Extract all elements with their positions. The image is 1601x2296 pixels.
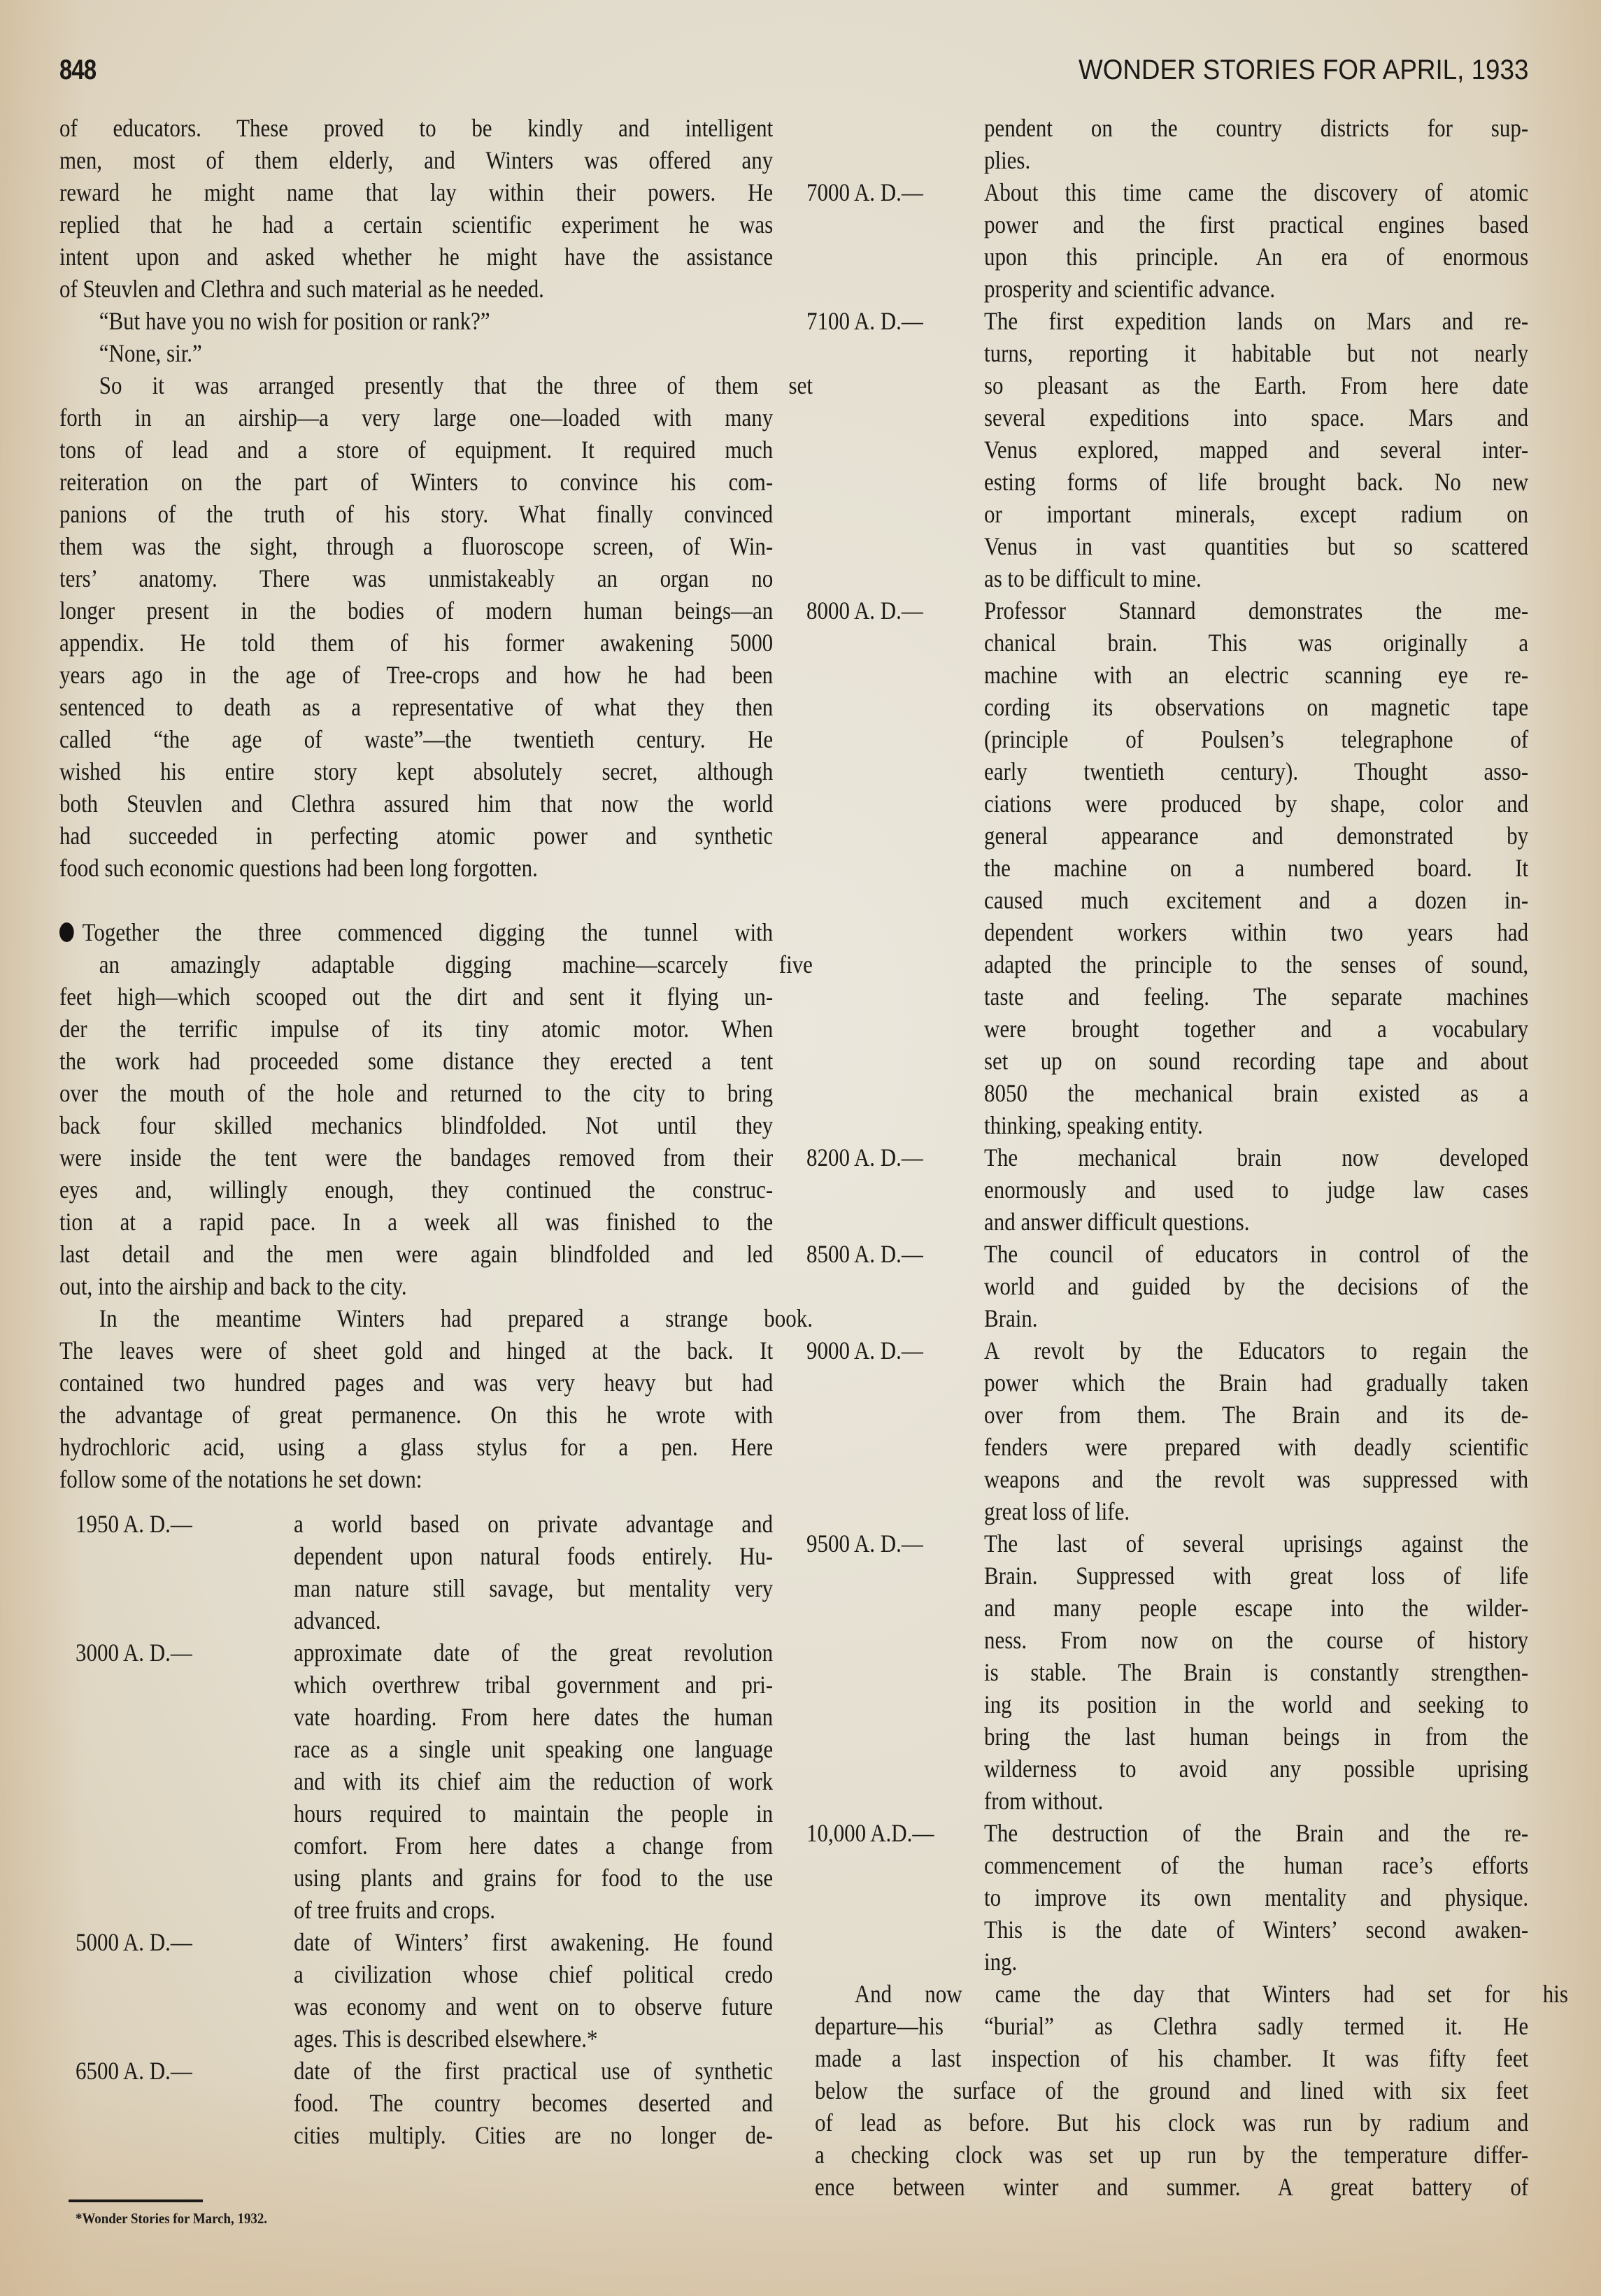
text-line: caused much excitement and a dozen in- [984,884,1528,916]
text-line: esting forms of life brought back. No ne… [984,466,1528,498]
timeline-date: 10,000 A.D.— [806,1817,934,1849]
text-line: In the meantime Winters had prepared a s… [59,1302,813,1334]
text-line: reward he might name that lay within the… [59,176,773,208]
text-line: several expeditions into space. Mars and [984,401,1528,434]
text-line: Venus in vast quantities but so scattere… [984,530,1528,562]
text-line: ages. This is described elsewhere.* [294,2023,773,2055]
text-line: of educators. These proved to be kindly … [59,112,773,144]
timeline-date: 8000 A. D.— [806,594,923,627]
text-line: Venus explored, mapped and several inter… [984,434,1528,466]
paragraph-gold-book: In the meantime Winters had prepared a s… [59,1302,773,1495]
timeline-date: 3000 A. D.— [76,1637,192,1669]
text-line: made a last inspection of his chamber. I… [815,2042,1528,2074]
text-line: ciations were produced by shape, color a… [984,787,1528,820]
text-line: 8050 the mechanical brain existed as a [984,1077,1528,1109]
text-line: dependent workers within two years had [984,916,1528,948]
text-line: world and guided by the decisions of the [984,1270,1528,1302]
text-line: or important minerals, except radium on [984,498,1528,530]
text-line: hours required to maintain the people in [294,1797,773,1830]
text-line: The mechanical brain now developed [984,1141,1528,1174]
text-line: the machine on a numbered board. It [984,852,1528,884]
text-line: taste and feeling. The separate machines [984,981,1528,1013]
timeline-date: 8200 A. D.— [806,1141,923,1174]
text-line: commencement of the human race’s efforts [984,1849,1528,1881]
timeline-entry-7000: 7000 A. D.— About this time came the dis… [815,176,1528,305]
text-line: a checking clock was set up run by the t… [815,2139,1528,2171]
text-line: longer present in the bodies of modern h… [59,594,773,627]
text-line: turns, reporting it habitable but not ne… [984,337,1528,369]
text-line: comfort. From here dates a change from [294,1830,773,1862]
text-line: follow some of the notations he set down… [59,1463,773,1495]
text-line: date of the first practical use of synth… [294,2055,773,2087]
text-line: The council of educators in control of t… [984,1238,1528,1270]
text-line: to improve its own mentality and physiqu… [984,1881,1528,1913]
timeline-entry-9000: 9000 A. D.— A revolt by the Educators to… [815,1334,1528,1527]
text-line: sentenced to death as a representative o… [59,691,773,723]
paragraph-airship: So it was arranged presently that the th… [59,369,773,884]
text-line: About this time came the discovery of at… [984,176,1528,208]
timeline-entry-6500: 6500 A. D.— date of the first practical … [59,2055,773,2151]
text-line: the advantage of great permanence. On th… [59,1399,773,1431]
text-line: was economy and went on to observe futur… [294,1990,773,2023]
paragraph-departure: And now came the day that Winters had se… [815,1978,1528,2203]
text-line: replied that he had a certain scientific… [59,208,773,241]
text-line: date of Winters’ first awakening. He fou… [294,1926,773,1958]
paragraph-educators: of educators. These proved to be kindly … [59,112,773,305]
text-line: panions of the truth of his story. What … [59,498,773,530]
text-line: general appearance and demonstrated by [984,820,1528,852]
text-line: is stable. The Brain is constantly stren… [984,1656,1528,1688]
text-line: reiteration on the part of Winters to co… [59,466,773,498]
timeline-entry-8500: 8500 A. D.— The council of educators in … [815,1238,1528,1334]
timeline-entry-6500-continued: pendent on the country districts for sup… [815,112,1528,176]
text-line: great loss of life. [984,1495,1528,1527]
page-number: 848 [59,55,96,86]
text-line: using plants and grains for food to the … [294,1862,773,1894]
text-line: The destruction of the Brain and the re- [984,1817,1528,1849]
section-bullet-icon [59,922,74,942]
text-line: so pleasant as the Earth. From here date [984,369,1528,401]
text-line: “None, sir.” [59,337,813,369]
text-line: over from them. The Brain and its de- [984,1399,1528,1431]
text-line: men, most of them elderly, and Winters w… [59,144,773,176]
text-line: power which the Brain had gradually take… [984,1367,1528,1399]
text-line: eyes and, willingly enough, they continu… [59,1174,773,1206]
timeline-date: 6500 A. D.— [76,2055,192,2087]
timeline-entry-8200: 8200 A. D.— The mechanical brain now dev… [815,1141,1528,1238]
text-line: ing its position in the world and seekin… [984,1688,1528,1720]
text-line: Brain. Suppressed with great loss of lif… [984,1560,1528,1592]
text-line: adapted the principle to the senses of s… [984,948,1528,981]
text-line: the work had proceeded some distance the… [59,1045,773,1077]
text-line: (principle of Poulsen’s telegraphone of [984,723,1528,755]
timeline-date: 7000 A. D.— [806,176,923,208]
text-line: upon this principle. An era of enormous [984,241,1528,273]
text-line: The leaves were of sheet gold and hinged… [59,1334,773,1367]
timeline-entry-10000: 10,000 A.D.— The destruction of the Brai… [815,1817,1528,1978]
text-line: out, into the airship and back to the ci… [59,1270,773,1302]
paragraph-tunnel: Together the three commenced digging the… [59,916,773,1302]
text-line: power and the first practical engines ba… [984,208,1528,241]
text-line: early twentieth century). Thought asso- [984,755,1528,787]
text-line: tion at a rapid pace. In a week all was … [59,1206,773,1238]
text-line: machine with an electric scanning eye re… [984,659,1528,691]
text-line: Together the three commenced digging the… [59,916,773,948]
text-line: set up on sound recording tape and about [984,1045,1528,1077]
text-line: Professor Stannard demonstrates the me- [984,594,1528,627]
text-line: tons of lead and a store of equipment. I… [59,434,773,466]
timeline-entry-8000: 8000 A. D.— Professor Stannard demonstra… [815,594,1528,1141]
text-line: A revolt by the Educators to regain the [984,1334,1528,1367]
text-line: last detail and the men were again blind… [59,1238,773,1270]
timeline-date: 8500 A. D.— [806,1238,923,1270]
footnote: *Wonder Stories for March, 1932. [76,2210,267,2227]
text-line: years ago in the age of Tree-crops and h… [59,659,773,691]
paragraph-dialogue-question: “But have you no wish for position or ra… [59,305,773,337]
text-line: forth in an airship—a very large one—loa… [59,401,773,434]
text-line: “But have you no wish for position or ra… [59,305,813,337]
text-line: ness. From now on the course of history [984,1624,1528,1656]
timeline-date: 7100 A. D.— [806,305,923,337]
text-line: bring the last human beings in from the [984,1720,1528,1753]
text-line: This is the date of Winters’ second awak… [984,1913,1528,1946]
text-line: appendix. He told them of his former awa… [59,627,773,659]
text-line: of tree fruits and crops. [294,1894,773,1926]
timeline-entry-5000: 5000 A. D.— date of Winters’ first awake… [59,1926,773,2055]
text-line: intent upon and asked whether he might h… [59,241,773,273]
text-line: from without. [984,1785,1528,1817]
text-line: contained two hundred pages and was very… [59,1367,773,1399]
text-line: them was the sight, through a fluoroscop… [59,530,773,562]
text-line: of lead as before. But his clock was run… [815,2106,1528,2139]
text-line: had succeeded in perfecting atomic power… [59,820,773,852]
timeline-date: 1950 A. D.— [76,1508,192,1540]
text-line: plies. [984,144,1528,176]
timeline-entry-9500: 9500 A. D.— The last of several uprising… [815,1527,1528,1817]
left-column: of educators. These proved to be kindly … [59,112,773,2151]
text-line: below the surface of the ground and line… [815,2074,1528,2106]
text-line: an amazingly adaptable digging machine—s… [59,948,813,981]
text-line: cities multiply. Cities are no longer de… [294,2119,773,2151]
section-gap [59,1495,773,1508]
text-line: race as a single unit speaking one langu… [294,1733,773,1765]
text-line: a world based on private advantage and [294,1508,773,1540]
text-line: The last of several uprisings against th… [984,1527,1528,1560]
footnote-divider [69,2199,203,2202]
text-line: and with its chief aim the reduction of … [294,1765,773,1797]
text-line: ters’ anatomy. There was unmistakeably a… [59,562,773,594]
text-line: ing. [984,1946,1528,1978]
section-gap [59,884,773,916]
text-line: wished his entire story kept absolutely … [59,755,773,787]
text-line: vate hoarding. From here dates the human [294,1701,773,1733]
text-line: So it was arranged presently that the th… [59,369,813,401]
text-line: der the terrific impulse of its tiny ato… [59,1013,773,1045]
text-line: as to be difficult to mine. [984,562,1528,594]
text-line: advanced. [294,1604,773,1637]
text-line: were inside the tent were the bandages r… [59,1141,773,1174]
text-line: departure—his “burial” as Clethra sadly … [815,2010,1528,2042]
timeline-entry-7100: 7100 A. D.— The first expedition lands o… [815,305,1528,594]
text-line: over the mouth of the hole and returned … [59,1077,773,1109]
running-head: WONDER STORIES FOR APRIL, 1933 [1079,55,1528,86]
text-line: hydrochloric acid, using a glass stylus … [59,1431,773,1463]
timeline-date: 9000 A. D.— [806,1334,923,1367]
timeline-date: 9500 A. D.— [806,1527,923,1560]
text-line: and many people escape into the wilder- [984,1592,1528,1624]
text-line: food such economic questions had been lo… [59,852,773,884]
text-line: approximate date of the great revolution [294,1637,773,1669]
text-line: wilderness to avoid any possible uprisin… [984,1753,1528,1785]
text-line: of Steuvlen and Clethra and such materia… [59,273,773,305]
text-line: pendent on the country districts for sup… [984,112,1528,144]
right-column: pendent on the country districts for sup… [815,112,1528,2203]
text-line: prosperity and scientific advance. [984,273,1528,305]
text-line: The first expedition lands on Mars and r… [984,305,1528,337]
text-line: dependent upon natural foods entirely. H… [294,1540,773,1572]
text-line: And now came the day that Winters had se… [815,1978,1568,2010]
text-line: and answer difficult questions. [984,1206,1528,1238]
paragraph-dialogue-answer: “None, sir.” [59,337,773,369]
text-line: both Steuvlen and Clethra assured him th… [59,787,773,820]
text-line: enormously and used to judge law cases [984,1174,1528,1206]
text-line: man nature still savage, but mentality v… [294,1572,773,1604]
text-line: ence between winter and summer. A great … [815,2171,1528,2203]
text-line: weapons and the revolt was suppressed wi… [984,1463,1528,1495]
timeline-entry-3000: 3000 A. D.— approximate date of the grea… [59,1637,773,1926]
text-line: cording its observations on magnetic tap… [984,691,1528,723]
text-line: Brain. [984,1302,1528,1334]
text-line: feet high—which scooped out the dirt and… [59,981,773,1013]
text-line: which overthrew tribal government and pr… [294,1669,773,1701]
timeline-date: 5000 A. D.— [76,1926,192,1958]
text-line: were brought together and a vocabulary [984,1013,1528,1045]
text-line: fenders were prepared with deadly scient… [984,1431,1528,1463]
text-line: chanical brain. This was originally a [984,627,1528,659]
text-line: back four skilled mechanics blindfolded.… [59,1109,773,1141]
text-line: thinking, speaking entity. [984,1109,1528,1141]
text-line: a civilization whose chief political cre… [294,1958,773,1990]
text-line: called “the age of waste”—the twentieth … [59,723,773,755]
text-line: food. The country becomes deserted and [294,2087,773,2119]
timeline-entry-1950: 1950 A. D.— a world based on private adv… [59,1508,773,1637]
